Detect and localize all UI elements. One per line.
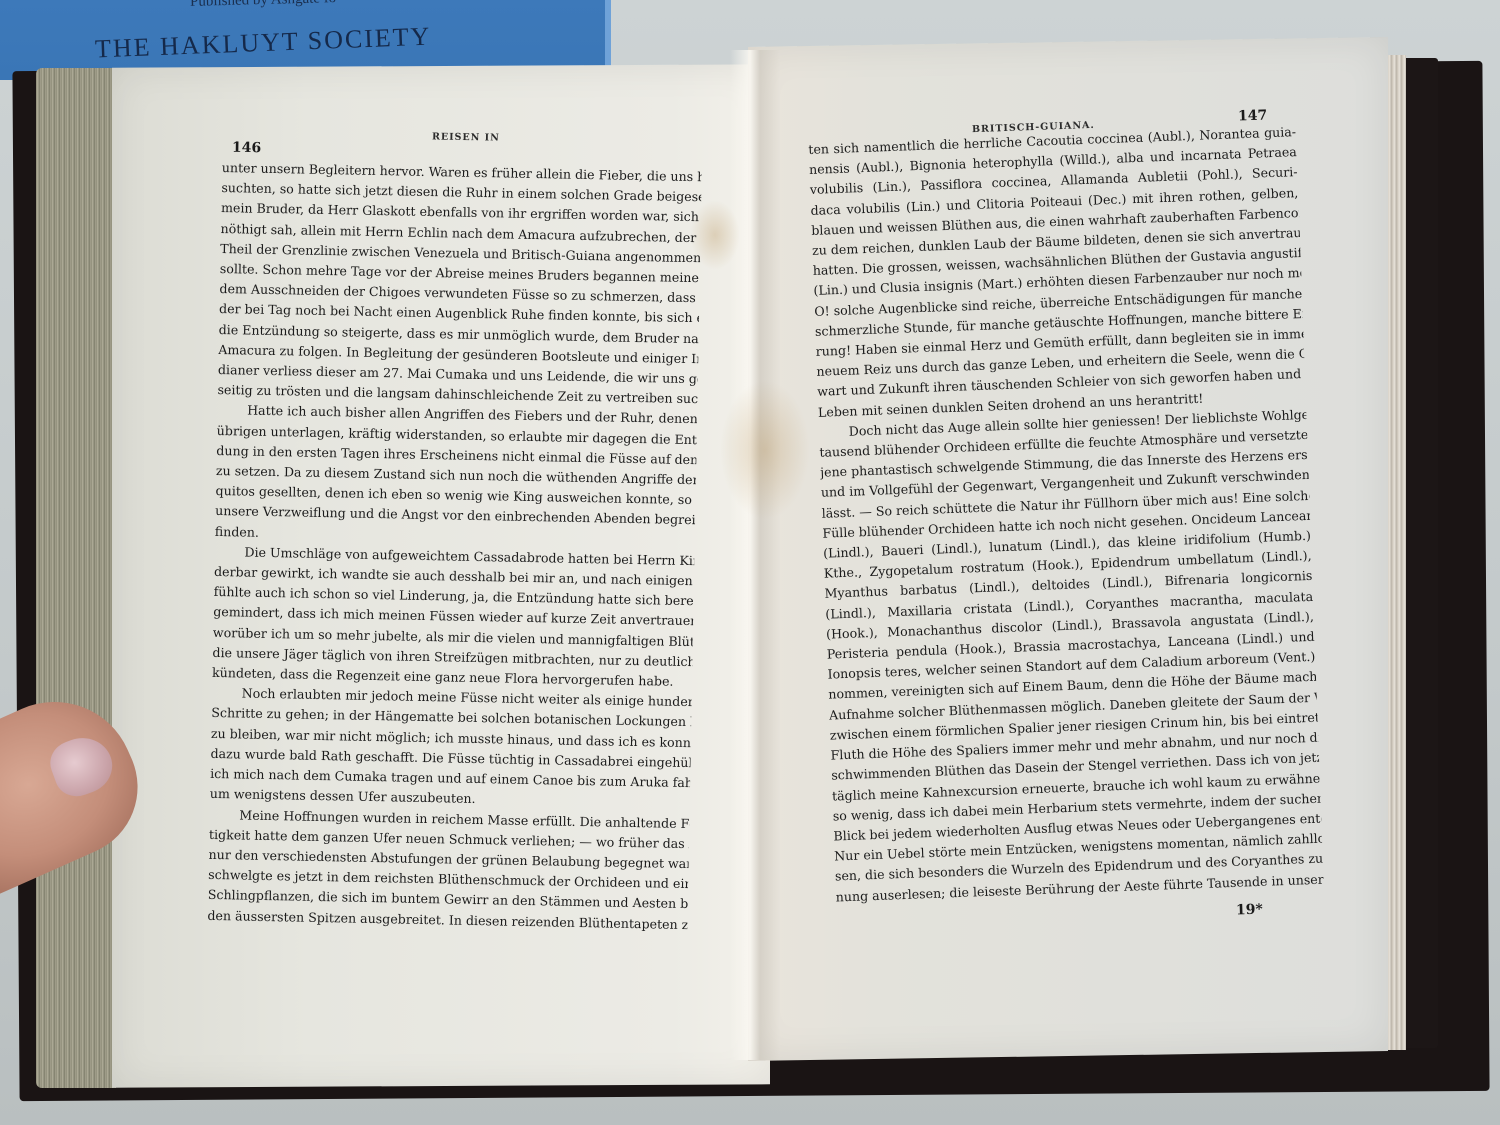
book-title: THE HAKLUYT SOCIETY bbox=[95, 22, 432, 65]
left-page-text: unter unsern Begleitern hervor. Waren es… bbox=[207, 158, 702, 935]
publisher-line: Published by Ashgate fo bbox=[190, 0, 337, 11]
signature-mark: 19* bbox=[1236, 902, 1263, 919]
right-page-text: ten sich namentlich die herrliche Cacout… bbox=[808, 122, 1324, 907]
page-number-right: 147 bbox=[1238, 107, 1268, 124]
foxing-stain bbox=[720, 380, 810, 520]
page-number-left: 146 bbox=[232, 140, 262, 157]
page-edges-left bbox=[36, 68, 116, 1088]
book-gutter bbox=[730, 50, 780, 1060]
running-head-left: REISEN IN bbox=[432, 131, 500, 143]
